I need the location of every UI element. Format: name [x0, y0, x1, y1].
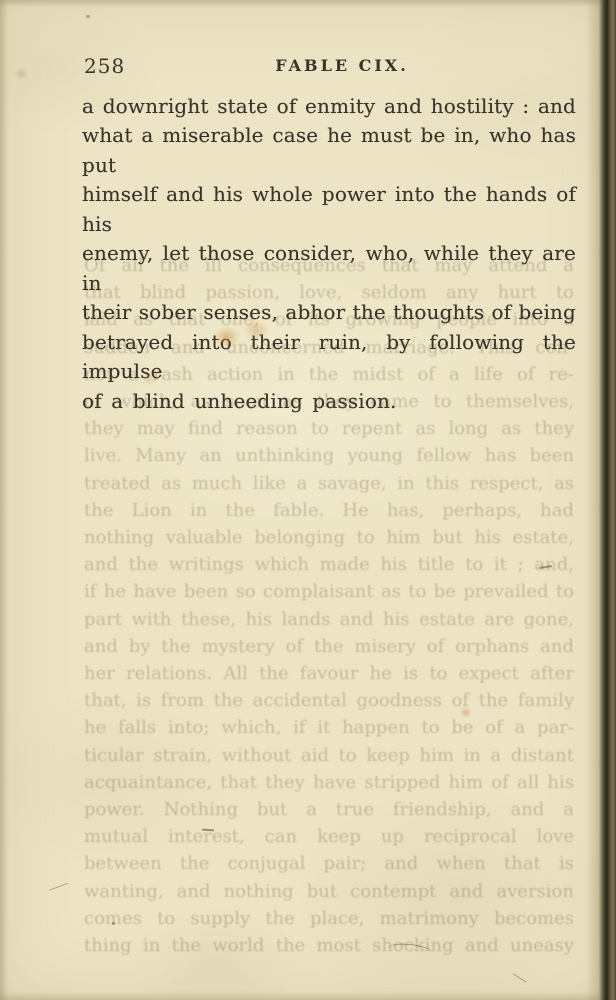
bleedthrough-line: if he have been so complaisant as to be …	[84, 578, 574, 605]
paragraph-line: of a blind unheeding passion.	[82, 387, 576, 416]
ink-speck	[539, 565, 552, 569]
bleedthrough-line: ticular strain, without aid to keep him …	[84, 742, 574, 769]
book-binding-edge	[586, 0, 616, 1000]
paragraph-line: what a miserable case he must be in, who…	[82, 121, 576, 180]
foxing-spot	[12, 66, 30, 82]
page-edge-shadow-bottom	[0, 992, 616, 1000]
bleedthrough-line: part with these, his lands and his estat…	[84, 606, 574, 633]
bleedthrough-line: acquaintance, that they have stripped hi…	[84, 769, 574, 796]
fable-paragraph: a downright state of enmity and hostilit…	[82, 92, 576, 416]
ink-speck	[112, 922, 115, 925]
book-page-scan: Of all the ill consequences that may att…	[0, 0, 616, 1000]
bleedthrough-line: treated as much like a savage, in this r…	[84, 470, 574, 497]
ink-speck	[202, 829, 214, 832]
paragraph-line: their sober senses, abhor the thoughts o…	[82, 298, 576, 327]
page-header: 258 FABLE CIX.	[84, 54, 576, 82]
bleedthrough-line: between the conjugal pair; and when that…	[84, 850, 574, 877]
page-edge-shadow-top	[0, 0, 616, 7]
bleedthrough-line: wanting, and nothing but contempt and av…	[84, 878, 574, 905]
paragraph-line: enemy, let those consider, who, while th…	[82, 239, 576, 298]
foxing-spot	[459, 706, 473, 719]
paragraph-line: betrayed into their ruin, by following t…	[82, 328, 576, 387]
bleedthrough-line: her relations. All the favour he is to e…	[84, 660, 574, 687]
bleedthrough-line: and the writings which made his title to…	[84, 551, 574, 578]
bleedthrough-line: that, is from the accidental goodness of…	[84, 687, 574, 714]
bleedthrough-line: the Lion in the fable. He has, perhaps, …	[84, 497, 574, 524]
bleedthrough-line: nothing valuable belonging to him but hi…	[84, 524, 574, 551]
paper-fiber-mark	[49, 883, 71, 898]
bleedthrough-line: thing in the world the most shocking and…	[84, 932, 574, 959]
ink-speck	[86, 15, 90, 18]
bleedthrough-line: and by the mystery of the misery of orph…	[84, 633, 574, 660]
paper-fiber-mark	[387, 942, 432, 960]
paragraph-line: himself and his whole power into the han…	[82, 180, 576, 239]
running-header-title: FABLE CIX.	[84, 56, 576, 75]
bleedthrough-line: power. Nothing but a true friendship, an…	[84, 796, 574, 823]
bleedthrough-line: they may find reason to repent as long a…	[84, 415, 574, 442]
bleedthrough-line: comes to supply the place, matrimony bec…	[84, 905, 574, 932]
paper-fiber-mark	[509, 973, 526, 987]
bleedthrough-line: he falls into; which, if it happen to be…	[84, 714, 574, 741]
page-edge-shadow-left	[0, 0, 8, 1000]
bleedthrough-line: live. Many an unthinking young fellow ha…	[84, 442, 574, 469]
paragraph-line: a downright state of enmity and hostilit…	[82, 92, 576, 121]
bleedthrough-line: mutual interest, can keep up reciprocal …	[84, 823, 574, 850]
